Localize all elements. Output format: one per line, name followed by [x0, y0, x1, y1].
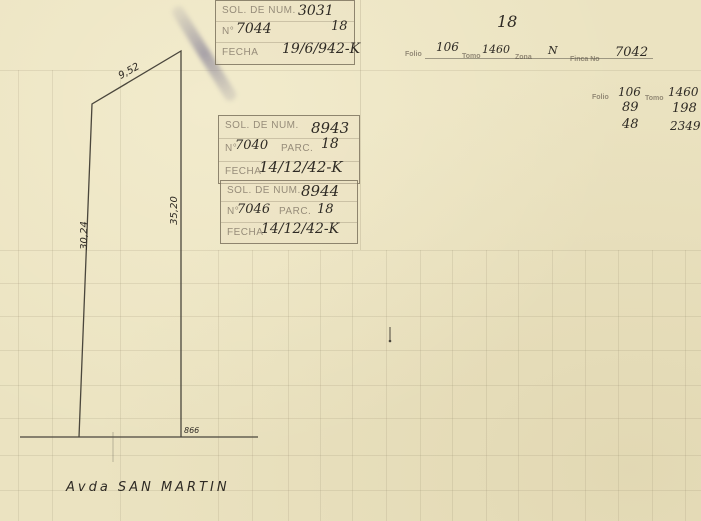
street-name: Avda SAN MARTIN — [66, 480, 230, 495]
street-number: 866 — [184, 426, 199, 435]
lot-left-dimension: 30,24 — [79, 221, 90, 250]
lot-right-dimension: 35,20 — [169, 196, 180, 225]
lot-outline — [0, 0, 701, 521]
